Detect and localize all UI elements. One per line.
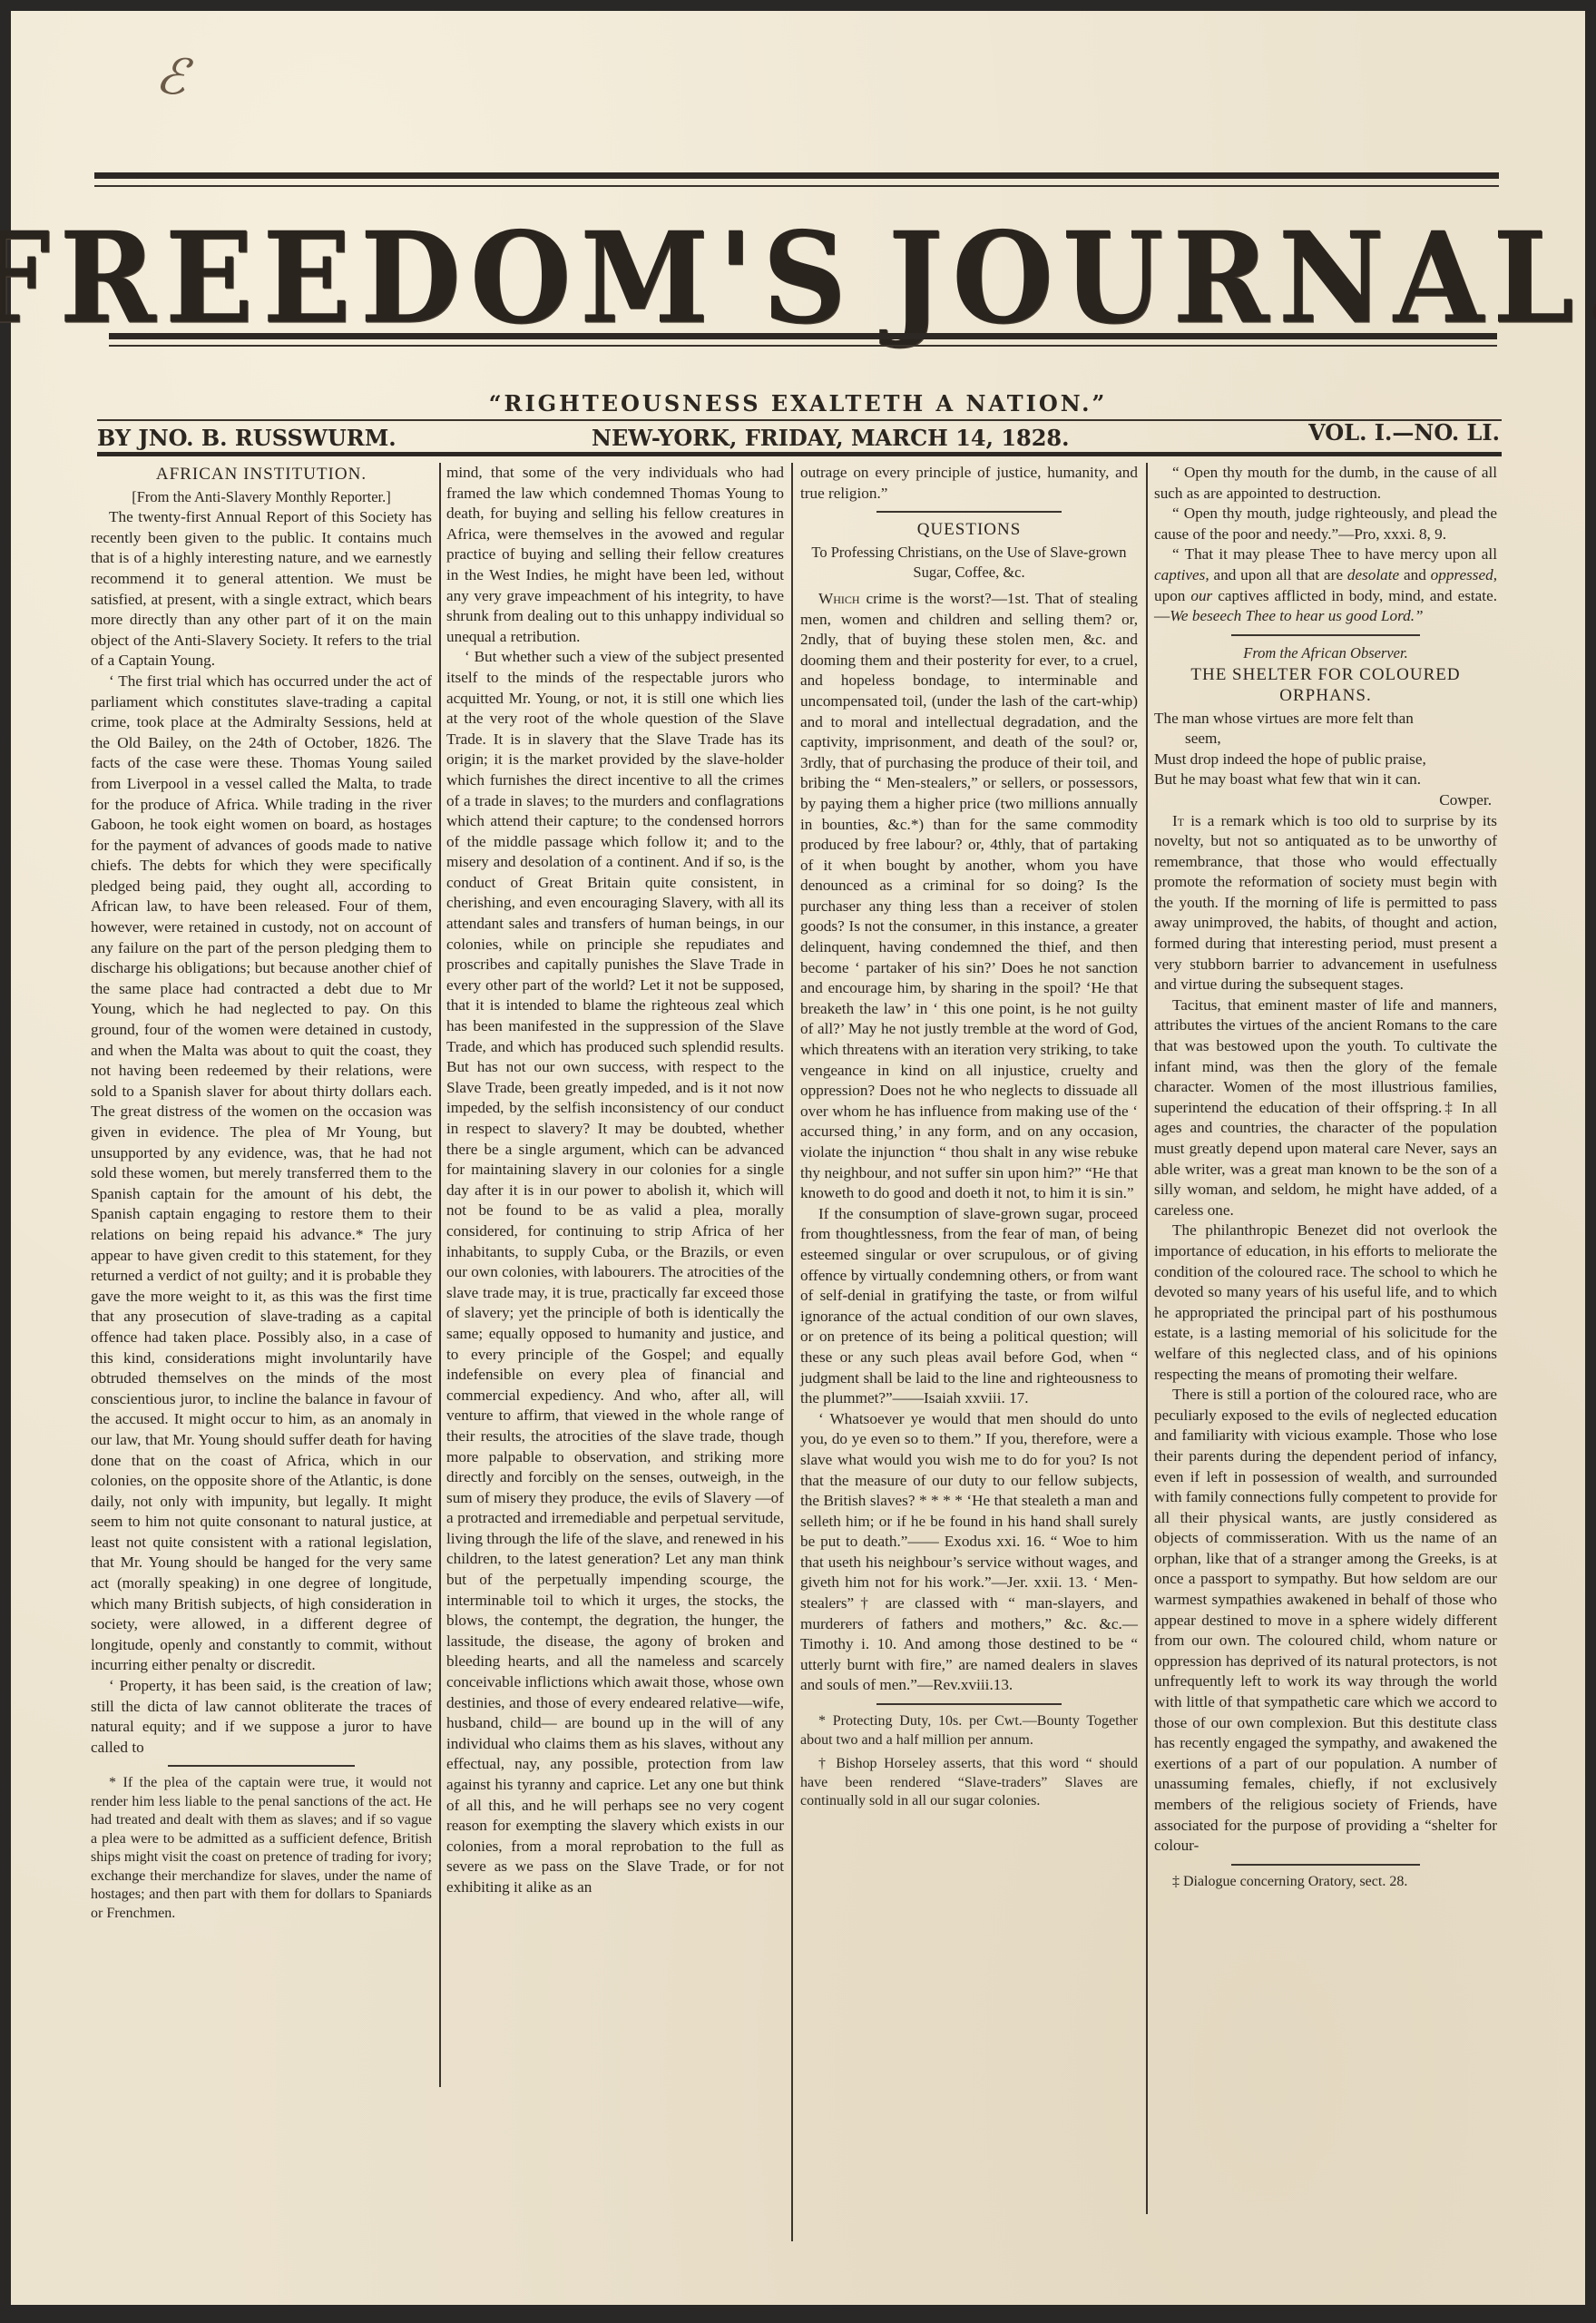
verse-line: Must drop indeed the hope of public prai… xyxy=(1154,750,1497,770)
paragraph: Tacitus, that eminent master of life and… xyxy=(1154,995,1497,1221)
scripture-quote: “ Open thy mouth for the dumb, in the ca… xyxy=(1154,463,1497,504)
verse-line: But he may boast what few that win it ca… xyxy=(1154,769,1497,790)
masthead-top-rule xyxy=(94,172,1499,179)
paragraph: mind, that some of the very individuals … xyxy=(446,463,784,647)
article-heading-african-institution: AFRICAN INSTITUTION. xyxy=(91,465,432,485)
column-divider-2 xyxy=(791,463,793,2241)
column-4: “ Open thy mouth for the dumb, in the ca… xyxy=(1154,463,1497,1891)
paragraph: There is still a portion of the coloured… xyxy=(1154,1385,1497,1857)
verse-author: Cowper. xyxy=(1154,790,1497,811)
paragraph: The philanthropic Benezet did not overlo… xyxy=(1154,1220,1497,1385)
column-1: AFRICAN INSTITUTION. [From the Anti-Slav… xyxy=(91,463,432,1923)
paragraph: It is a remark which is too old to surpr… xyxy=(1154,811,1497,995)
dateline-bottom-rule xyxy=(97,452,1502,456)
article-source: From the African Observer. xyxy=(1154,643,1497,664)
column-divider-3 xyxy=(1146,463,1148,2214)
dateline-bar: BY JNO. B. RUSSWURM. NEW-YORK, FRIDAY, M… xyxy=(97,421,1503,454)
date: NEW-YORK, FRIDAY, MARCH 14, 1828. xyxy=(592,425,1069,451)
footnote-rule xyxy=(1231,1864,1420,1866)
article-heading-questions: QUESTIONS xyxy=(800,520,1138,541)
footnote-rule xyxy=(168,1765,356,1767)
masthead-bottom-rule xyxy=(109,333,1497,339)
footnote: ‡ Dialogue concerning Oratory, sect. 28. xyxy=(1154,1873,1497,1892)
verse-line: The man whose virtues are more felt than xyxy=(1154,709,1497,730)
column-divider-1 xyxy=(439,463,441,2087)
verse-line: seem, xyxy=(1154,729,1497,750)
footnote: * If the plea of the captain were true, … xyxy=(91,1774,432,1923)
paragraph: ‘ The first trial which has occurred und… xyxy=(91,671,432,1676)
paragraph: Which crime is the worst?—1st. That of s… xyxy=(800,589,1138,1204)
column-3: outrage on every principle of justice, h… xyxy=(800,463,1138,1811)
motto: “RIGHTEOUSNESS EXALTETH A NATION.” xyxy=(11,390,1585,417)
paragraph: ‘ Property, it has been said, is the cre… xyxy=(91,1676,432,1758)
column-2: mind, that some of the very individuals … xyxy=(446,463,784,1898)
masthead: FREEDOM'S JOURNAL. xyxy=(111,206,1490,351)
footnote: † Bishop Horseley asserts, that this wor… xyxy=(800,1755,1138,1811)
section-rule xyxy=(876,511,1062,513)
masthead-bottom-thin-rule xyxy=(109,345,1497,347)
article-heading-shelter: THE SHELTER FOR COLOURED ORPHANS. xyxy=(1154,665,1497,706)
article-source: [From the Anti-Slavery Monthly Reporter.… xyxy=(91,487,432,508)
masthead-top-thin-rule xyxy=(94,185,1499,187)
section-rule xyxy=(1231,634,1420,636)
lead-word: Which xyxy=(818,590,860,607)
masthead-title-right: JOURNAL. xyxy=(888,205,1596,352)
paragraph: ‘ But whether such a view of the subject… xyxy=(446,647,784,1897)
lead-word: It xyxy=(1172,812,1184,829)
paragraph: outrage on every principle of justice, h… xyxy=(800,463,1138,504)
newspaper-page: ℰ FREEDOM'S JOURNAL. xyxy=(11,11,1585,2305)
footnote: * Protecting Duty, 10s. per Cwt.—Bounty … xyxy=(800,1712,1138,1750)
paragraph: If the consumption of slave-grown sugar,… xyxy=(800,1204,1138,1409)
volume-number: VOL. I.—NO. LI. xyxy=(1308,419,1500,446)
article-subheading: To Professing Christians, on the Use of … xyxy=(800,543,1138,583)
paragraph: The twenty-first Annual Report of this S… xyxy=(91,507,432,671)
paragraph: ‘ Whatsoever ye would that men should do… xyxy=(800,1409,1138,1696)
pencil-annotation: ℰ xyxy=(152,45,191,108)
publisher: BY JNO. B. RUSSWURM. xyxy=(97,425,397,451)
prayer-quote: “ That it may please Thee to have mercy … xyxy=(1154,544,1497,626)
footnote-rule xyxy=(876,1703,1062,1705)
masthead-title-left: FREEDOM'S xyxy=(0,205,856,352)
scripture-quote: “ Open thy mouth, judge righteously, and… xyxy=(1154,504,1497,544)
